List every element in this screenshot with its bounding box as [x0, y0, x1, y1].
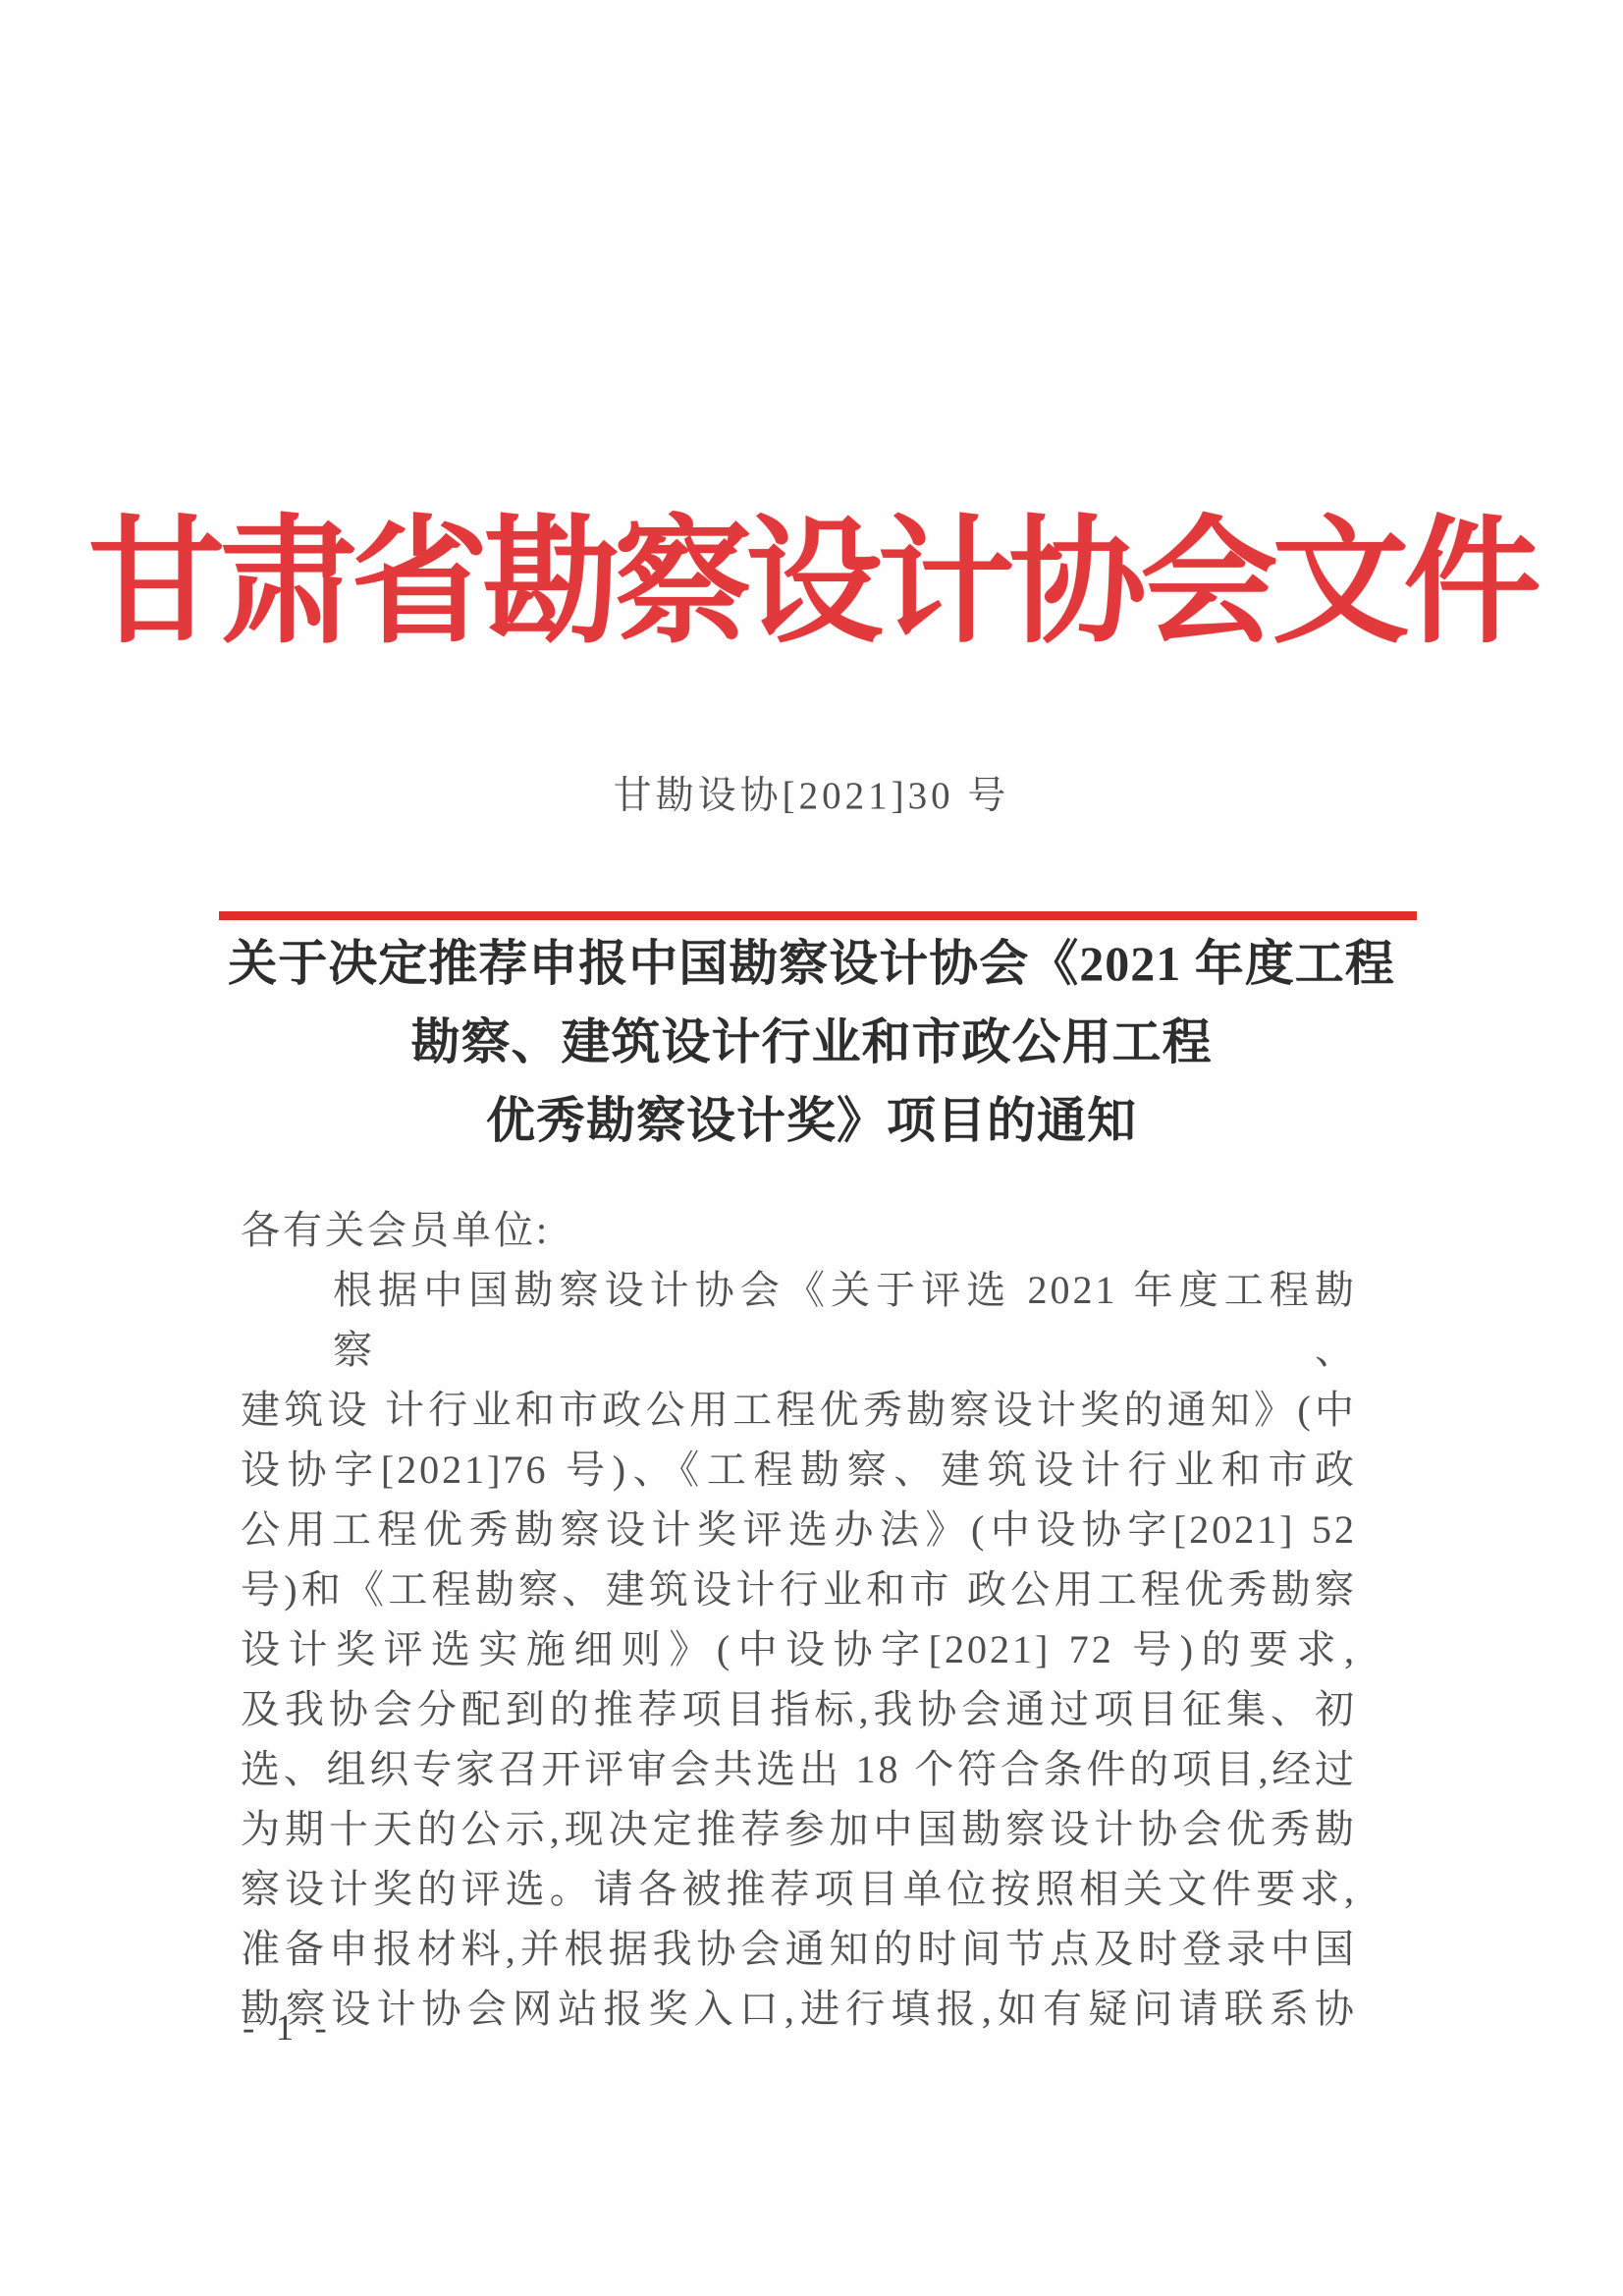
- body-line: 察设计奖的评选。请各被推荐项目单位按照相关文件要求,: [241, 1859, 1357, 1919]
- body-line: 选、组织专家召开评审会共选出 18 个符合条件的项目,经过: [241, 1739, 1357, 1799]
- body-line: 设协字[2021]76 号)、《工程勘察、建筑设计行业和市政: [241, 1440, 1357, 1500]
- body-line: 准备申报材料,并根据我协会通知的时间节点及时登录中国: [241, 1919, 1357, 1979]
- body-line: 根据中国勘察设计协会《关于评选 2021 年度工程勘察、: [241, 1260, 1357, 1380]
- body-line: 勘察设计协会网站报奖入口,进行填报,如有疑问请联系协: [241, 1979, 1357, 2039]
- body-line: 及我协会分配到的推荐项目指标,我协会通过项目征集、初: [241, 1679, 1357, 1739]
- body-line: 设计奖评选实施细则》(中设协字[2021] 72 号)的要求,: [241, 1619, 1357, 1679]
- red-separator-line: [219, 911, 1417, 920]
- doc-title-line-1: 关于决定推荐申报中国勘察设计协会《2021 年度工程: [0, 924, 1623, 1003]
- salutation: 各有关会员单位:: [241, 1200, 1357, 1260]
- doc-title-line-3: 优秀勘察设计奖》项目的通知: [0, 1081, 1623, 1160]
- document-page: 甘肃省勘察设计协会文件 甘勘设协[2021]30 号 关于决定推荐申报中国勘察设…: [0, 0, 1623, 2296]
- body-line: 建筑设 计行业和市政公用工程优秀勘察设计奖的通知》(中: [241, 1380, 1357, 1440]
- body-line: 公用工程优秀勘察设计奖评选办法》(中设协字[2021] 52: [241, 1500, 1357, 1559]
- org-header-banner: 甘肃省勘察设计协会文件: [0, 503, 1623, 665]
- doc-title-line-2: 勘察、建筑设计行业和市政公用工程: [0, 1003, 1623, 1081]
- document-body: 各有关会员单位: 根据中国勘察设计协会《关于评选 2021 年度工程勘察、 建筑…: [241, 1200, 1357, 2039]
- body-line: 为期十天的公示,现决定推荐参加中国勘察设计协会优秀勘: [241, 1799, 1357, 1859]
- body-line: 号)和《工程勘察、建筑设计行业和市 政公用工程优秀勘察: [241, 1559, 1357, 1619]
- doc-number: 甘勘设协[2021]30 号: [0, 772, 1623, 821]
- page-number: - 1 -: [243, 2009, 333, 2049]
- doc-title: 关于决定推荐申报中国勘察设计协会《2021 年度工程 勘察、建筑设计行业和市政公…: [0, 924, 1623, 1160]
